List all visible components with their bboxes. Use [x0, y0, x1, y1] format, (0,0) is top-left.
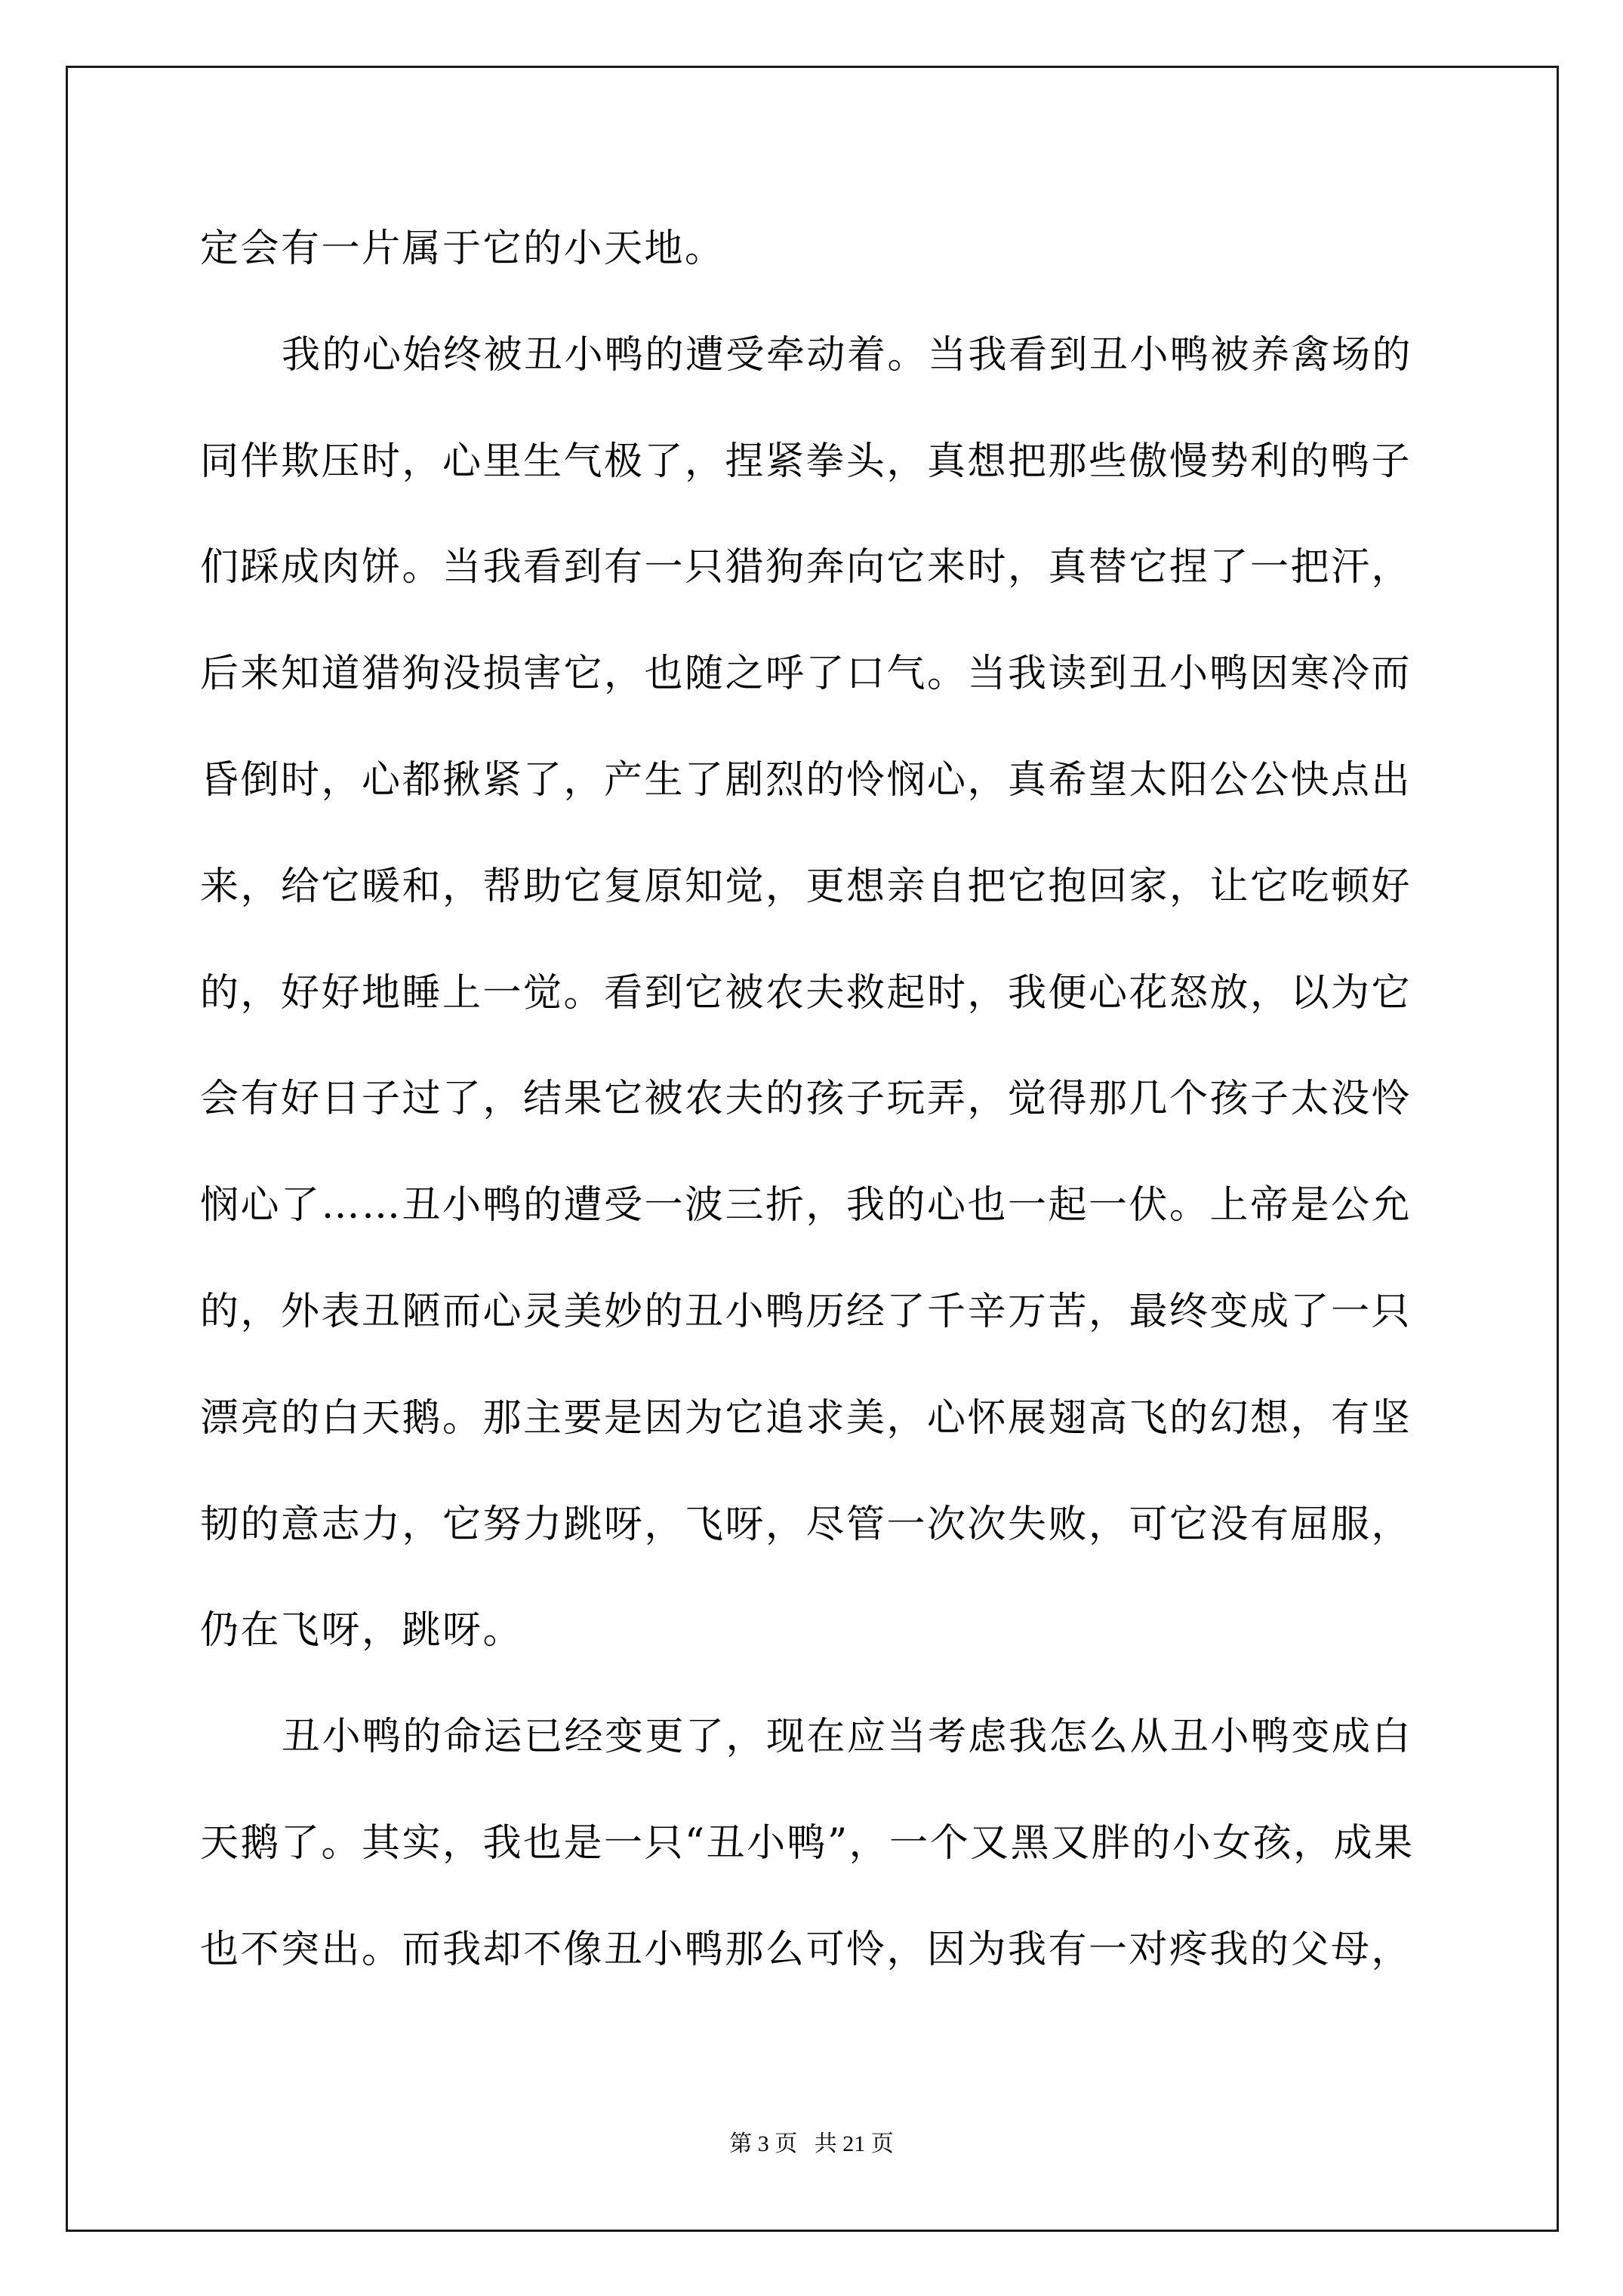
text-line: 定会有一片属于它的小天地。	[200, 196, 1438, 303]
document-body: 定会有一片属于它的小天地。 我的心始终被丑小鸭的遭受牵动着。当我看到丑小鸭被养禽…	[200, 196, 1438, 2004]
text-line: 同伴欺压时，心里生气极了，捏紧拳头，真想把那些傲慢势利的鸭子	[200, 409, 1438, 516]
text-line: 会有好日子过了，结果它被农夫的孩子玩弄，觉得那几个孩子太没怜	[200, 1046, 1438, 1153]
text-line-paragraph-start: 丑小鸭的命运已经变更了，现在应当考虑我怎么从丑小鸭变成白	[200, 1684, 1438, 1791]
text-line-paragraph-start: 我的心始终被丑小鸭的遭受牵动着。当我看到丑小鸭被养禽场的	[200, 303, 1438, 409]
text-line: 漂亮的白天鹅。那主要是因为它追求美，心怀展翅高飞的幻想，有坚	[200, 1366, 1438, 1472]
page-number-footer: 第 3 页 共 21 页	[0, 2128, 1623, 2161]
text-line: 天鹅了。其实，我也是一只“丑小鸭”，一个又黑又胖的小女孩，成果	[200, 1791, 1438, 1897]
text-line: 也不突出。而我却不像丑小鸭那么可怜，因为我有一对疼我的父母，	[200, 1897, 1438, 2004]
text-line: 韧的意志力，它努力跳呀，飞呀，尽管一次次失败，可它没有屈服，	[200, 1472, 1438, 1579]
text-line: 们踩成肉饼。当我看到有一只猎狗奔向它来时，真替它捏了一把汗，	[200, 515, 1438, 621]
text-line: 的，好好地睡上一觉。看到它被农夫救起时，我便心花怒放，以为它	[200, 941, 1438, 1047]
text-line: 来，给它暖和，帮助它复原知觉，更想亲自把它抱回家，让它吃顿好	[200, 834, 1438, 941]
text-line: 仍在飞呀，跳呀。	[200, 1578, 1438, 1684]
text-line: 昏倒时，心都揪紧了，产生了剧烈的怜悯心，真希望太阳公公快点出	[200, 728, 1438, 834]
text-line: 的，外表丑陋而心灵美妙的丑小鸭历经了千辛万苦，最终变成了一只	[200, 1259, 1438, 1366]
text-line: 后来知道猎狗没损害它，也随之呼了口气。当我读到丑小鸭因寒冷而	[200, 621, 1438, 728]
text-line: 悯心了……丑小鸭的遭受一波三折，我的心也一起一伏。上帝是公允	[200, 1153, 1438, 1259]
